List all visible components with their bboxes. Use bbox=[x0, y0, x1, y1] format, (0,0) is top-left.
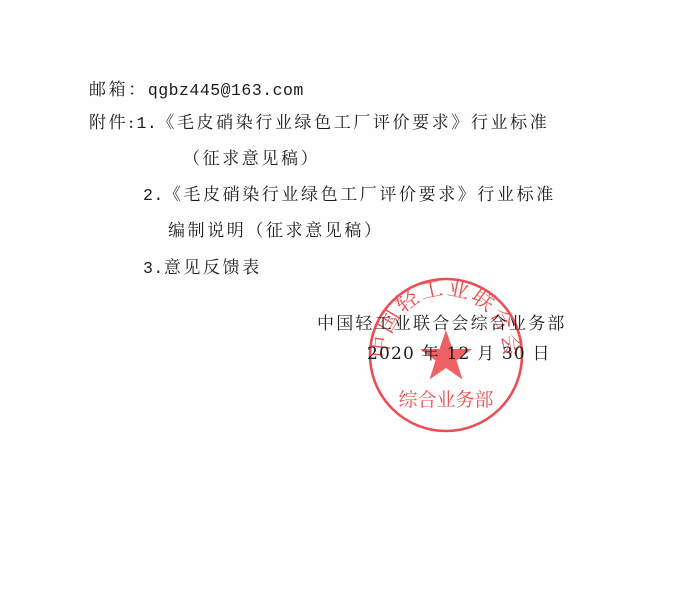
attachments-label: 附件: bbox=[89, 113, 137, 133]
attachment-2: 2.《毛皮硝染行业绿色工厂评价要求》行业标准 bbox=[143, 185, 556, 206]
signature-organization: 中国轻工业联合会综合业务部 bbox=[317, 314, 567, 334]
email-line: 邮箱：qgbz445@163.com bbox=[89, 80, 304, 101]
email-label: 邮箱： bbox=[89, 80, 148, 100]
attachment-1-number: 1. bbox=[137, 114, 158, 133]
attachment-3: 3.意见反馈表 bbox=[143, 258, 262, 279]
attachment-1-title: 《毛皮硝染行业绿色工厂评价要求》行业标准 bbox=[157, 113, 549, 133]
email-address: qgbz445@163.com bbox=[148, 81, 304, 100]
attachment-2-subtitle: 编制说明（征求意见稿） bbox=[168, 221, 384, 241]
document-page: 中国轻工业联合会 综合业务部 邮箱：qgbz445@163.com 附件:1.《… bbox=[0, 0, 690, 597]
attachment-2-number: 2. bbox=[143, 186, 164, 205]
attachment-2-title: 《毛皮硝染行业绿色工厂评价要求》行业标准 bbox=[164, 185, 556, 205]
attachment-3-title: 意见反馈表 bbox=[164, 258, 262, 278]
attachment-1: 附件:1.《毛皮硝染行业绿色工厂评价要求》行业标准 bbox=[89, 113, 549, 134]
attachment-3-number: 3. bbox=[143, 259, 164, 278]
signature-date: 2020 年 12 月 30 日 bbox=[367, 344, 551, 364]
attachment-1-subtitle: （征求意见稿） bbox=[183, 149, 320, 169]
